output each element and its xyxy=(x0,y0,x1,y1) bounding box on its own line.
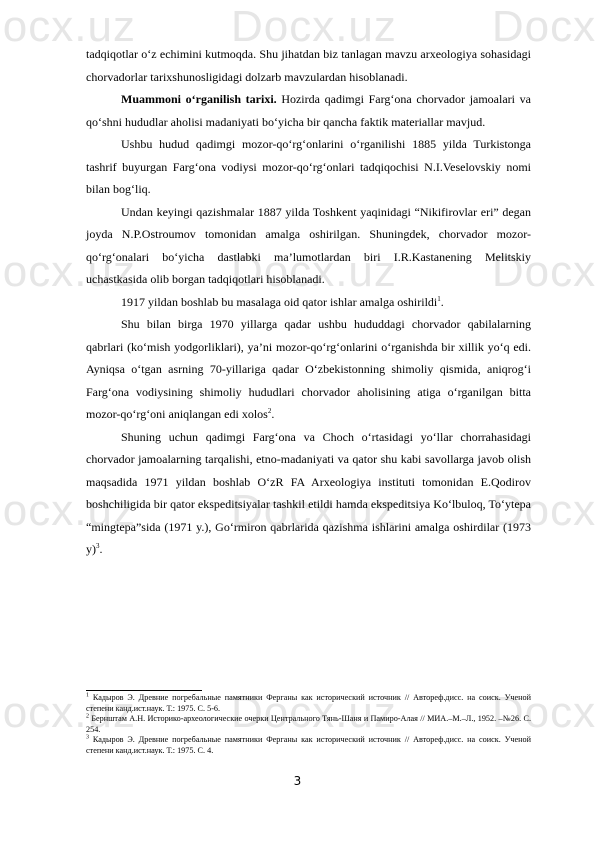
footnote-text: Кадыров Э. Древние погребальные памятник… xyxy=(86,693,531,713)
paragraph-tail: . xyxy=(441,295,444,309)
footnote-text: Бернштам А.Н. Историко-археологические о… xyxy=(86,714,531,734)
paragraph-text: Ushbu hudud qadimgi mozor-qo‘rg‘onlarini… xyxy=(86,137,531,196)
document-page: Docx.uzDocx.uzDocx.uz Docx.uzDocx.uzDocx… xyxy=(0,0,595,842)
paragraph-text: Shuning uchun qadimgi Farg‘ona va Choch … xyxy=(86,430,531,557)
paragraph: Undan keyingi qazishmalar 1887 yilda Tos… xyxy=(86,201,531,291)
footnote: 3 Кадыров Э. Древние погребальные памятн… xyxy=(86,735,531,756)
body-text: tadqiqotlar o‘z echimini kutmoqda. Shu j… xyxy=(86,43,531,561)
paragraph-text: Undan keyingi qazishmalar 1887 yilda Tos… xyxy=(86,205,531,287)
paragraph: 1917 yildan boshlab bu masalaga oid qato… xyxy=(86,291,531,314)
paragraph-text: Shu bilan birga 1970 yillarga qadar ushb… xyxy=(86,317,531,421)
paragraph: Shu bilan birga 1970 yillarga qadar ushb… xyxy=(86,313,531,426)
paragraph-tail: . xyxy=(100,542,103,556)
section-heading: Muammoni o‘rganilish tarixi. xyxy=(121,92,277,106)
footnote: 2 Бернштам А.Н. Историко-археологические… xyxy=(86,714,531,735)
page-number: 3 xyxy=(0,774,595,788)
footnote: 1 Кадыров Э. Древние погребальные памятн… xyxy=(86,693,531,714)
paragraph-text: 1917 yildan boshlab bu masalaga oid qato… xyxy=(121,295,437,309)
footnote-text: Кадыров Э. Древние погребальные памятник… xyxy=(86,735,531,755)
footnotes: 1 Кадыров Э. Древние погребальные памятн… xyxy=(86,693,531,757)
paragraph-text: tadqiqotlar o‘z echimini kutmoqda. Shu j… xyxy=(86,47,531,84)
paragraph: Ushbu hudud qadimgi mozor-qo‘rg‘onlarini… xyxy=(86,133,531,201)
paragraph: Shuning uchun qadimgi Farg‘ona va Choch … xyxy=(86,426,531,561)
footnote-separator xyxy=(86,690,202,691)
paragraph: Muammoni o‘rganilish tarixi. Hozirda qad… xyxy=(86,88,531,133)
paragraph-tail: . xyxy=(271,407,274,421)
paragraph: tadqiqotlar o‘z echimini kutmoqda. Shu j… xyxy=(86,43,531,88)
